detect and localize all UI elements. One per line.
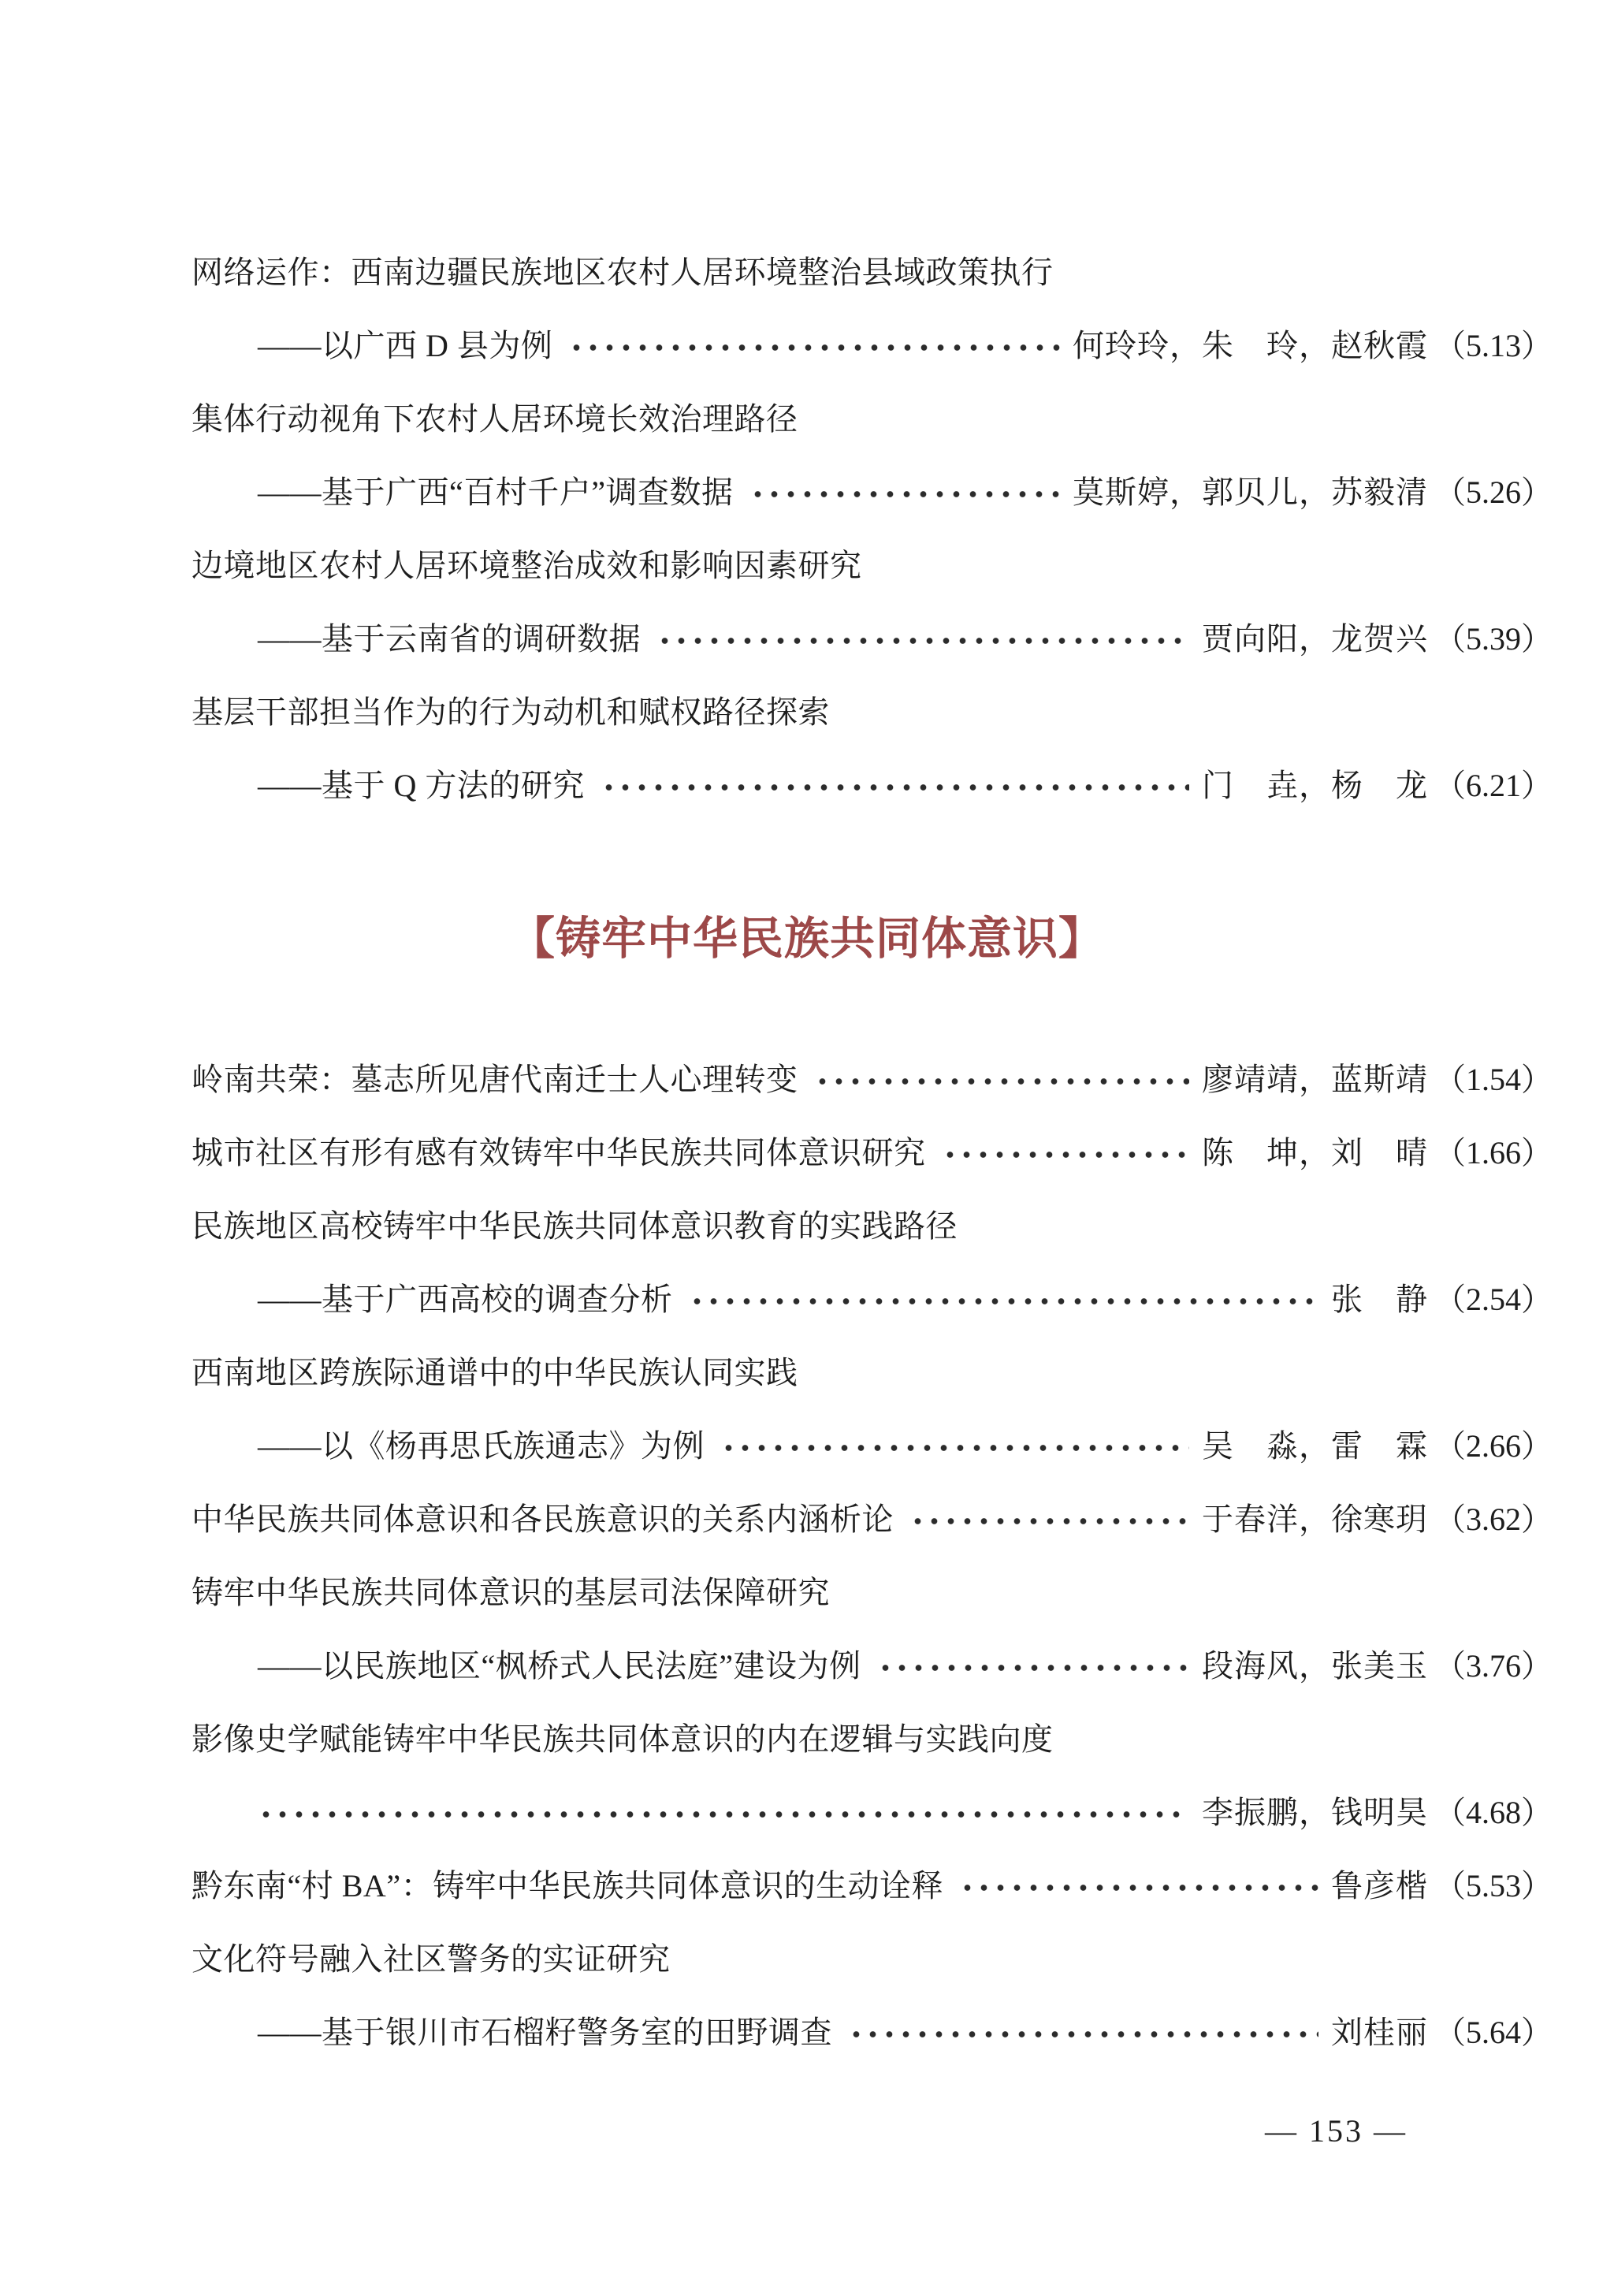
entry-page: （5.39）: [1434, 614, 1553, 659]
entry-page: （2.54）: [1434, 1275, 1553, 1319]
toc-line: ——基于 Q 方法的研究 门 垚，杨 龙 （6.21）: [192, 746, 1553, 820]
page-number: — 153 —: [1265, 2112, 1408, 2149]
entry-title: 网络运作：西南边疆民族地区农村人居环境整治县域政策执行: [192, 247, 1054, 292]
entry-title: 基层干部担当作为的行为动机和赋权路径探索: [192, 687, 830, 732]
toc-line: 铸牢中华民族共同体意识的基层司法保障研究: [192, 1554, 1553, 1627]
entry-title: 影像史学赋能铸牢中华民族共同体意识的内在逻辑与实践向度: [192, 1714, 1054, 1759]
dot-leader: [689, 1297, 1319, 1306]
toc-line: 岭南共荣：墓志所见唐代南迁士人心理转变 廖靖靖，蓝斯靖 （1.54）: [192, 1040, 1553, 1114]
entry-title: 城市社区有形有感有效铸牢中华民族共同体意识研究: [192, 1128, 926, 1173]
toc-line: 基层干部担当作为的行为动机和赋权路径探索: [192, 673, 1553, 746]
entry-authors: 陈 坤，刘 晴: [1202, 1128, 1428, 1173]
toc-line: 边境地区农村人居环境整治成效和影响因素研究: [192, 527, 1553, 600]
entry-authors: 段海风，张美玉: [1202, 1641, 1428, 1686]
section-heading: 【铸牢中华民族共同体意识】: [0, 898, 1614, 971]
entry-page: （2.66）: [1434, 1421, 1553, 1466]
journal-toc-page: 网络运作：西南边疆民族地区农村人居环境整治县域政策执行 ——以广西 D 县为例 …: [0, 0, 1614, 2296]
entry-authors: 张 静: [1331, 1275, 1428, 1319]
toc-line: 西南地区跨族际通谱中的中华民族认同实践: [192, 1334, 1553, 1407]
entry-page: （4.68）: [1434, 1788, 1553, 1833]
toc-line: 影像史学赋能铸牢中华民族共同体意识的内在逻辑与实践向度: [192, 1700, 1553, 1773]
dot-leader: [749, 489, 1060, 499]
toc-line: ——基于广西高校的调查分析 张 静 （2.54）: [192, 1260, 1553, 1334]
entry-page: （5.64）: [1434, 2008, 1553, 2052]
entry-title: 岭南共荣：墓志所见唐代南迁士人心理转变: [192, 1055, 798, 1100]
dot-leader: [258, 1810, 1189, 1819]
entry-authors: 廖靖靖，蓝斯靖: [1202, 1055, 1428, 1100]
entry-authors: 刘桂丽: [1331, 2008, 1428, 2052]
toc-line: 集体行动视角下农村人居环境长效治理路径: [192, 380, 1553, 453]
toc-line: ——基于云南省的调研数据 贾向阳，龙贺兴 （5.39）: [192, 600, 1553, 673]
entry-authors: 李振鹏，钱明昊: [1202, 1788, 1428, 1833]
entry-authors: 吴 淼，雷 霖: [1202, 1421, 1428, 1466]
entry-title: 中华民族共同体意识和各民族意识的关系内涵析论: [192, 1494, 894, 1539]
toc-line: 文化符号融入社区警务的实证研究: [192, 1920, 1553, 1993]
entry-title: 民族地区高校铸牢中华民族共同体意识教育的实践路径: [192, 1201, 958, 1246]
dot-leader: [601, 783, 1189, 792]
entry-page: （1.54）: [1434, 1055, 1553, 1100]
entry-subtitle: ——以广西 D 县为例: [258, 321, 552, 366]
entry-title: 边境地区农村人居环境整治成效和影响因素研究: [192, 541, 862, 586]
toc-line: 网络运作：西南边疆民族地区农村人居环境整治县域政策执行: [192, 233, 1553, 307]
toc-line: ——以广西 D 县为例 何玲玲，朱 玲，赵秋霞 （5.13）: [192, 307, 1553, 380]
entry-subtitle: ——以《杨再思氏族通志》为例: [258, 1421, 705, 1466]
entry-subtitle: ——基于 Q 方法的研究: [258, 761, 585, 806]
toc-line: ——基于银川市石榴籽警务室的田野调查 刘桂丽 （5.64）: [192, 1993, 1553, 2067]
dot-leader: [848, 2030, 1318, 2039]
entry-title: 西南地区跨族际通谱中的中华民族认同实践: [192, 1348, 798, 1393]
toc-line: 中华民族共同体意识和各民族意识的关系内涵析论 于春洋，徐寒玥 （3.62）: [192, 1480, 1553, 1554]
entry-page: （3.76）: [1434, 1641, 1553, 1686]
dot-leader: [942, 1150, 1190, 1159]
entry-subtitle: ——基于银川市石榴籽警务室的田野调查: [258, 2008, 832, 2052]
entry-page: （1.66）: [1434, 1128, 1553, 1173]
entry-subtitle: ——基于云南省的调研数据: [258, 614, 641, 659]
toc-content: 网络运作：西南边疆民族地区农村人居环境整治县域政策执行 ——以广西 D 县为例 …: [192, 233, 1553, 2067]
entry-authors: 门 垚，杨 龙: [1202, 761, 1428, 806]
dot-leader: [959, 1883, 1318, 1892]
entry-page: （5.13）: [1434, 321, 1553, 366]
entry-title: 黔东南“村 BA”：铸牢中华民族共同体意识的生动诠释: [192, 1861, 943, 1906]
toc-line: ——以民族地区“枫桥式人民法庭”建设为例 段海风，张美玉 （3.76）: [192, 1627, 1553, 1700]
entry-page: （3.62）: [1434, 1494, 1553, 1539]
toc-line: 民族地区高校铸牢中华民族共同体意识教育的实践路径: [192, 1187, 1553, 1260]
dot-leader: [909, 1516, 1189, 1526]
entry-authors: 莫斯婷，郭贝儿，苏毅清: [1073, 467, 1428, 512]
entry-page: （5.26）: [1434, 467, 1553, 512]
entry-subtitle: ——基于广西高校的调查分析: [258, 1275, 673, 1319]
entry-authors: 于春洋，徐寒玥: [1202, 1494, 1428, 1539]
entry-authors: 鲁彦楷: [1331, 1861, 1428, 1906]
dot-leader: [877, 1663, 1189, 1673]
toc-line: ——基于广西“百村千户”调查数据 莫斯婷，郭贝儿，苏毅清 （5.26）: [192, 453, 1553, 527]
entry-page: （5.53）: [1434, 1861, 1553, 1906]
dot-leader: [656, 636, 1189, 646]
toc-line: 城市社区有形有感有效铸牢中华民族共同体意识研究 陈 坤，刘 晴 （1.66）: [192, 1114, 1553, 1187]
entry-title: 集体行动视角下农村人居环境长效治理路径: [192, 394, 798, 439]
toc-line: 黔东南“村 BA”：铸牢中华民族共同体意识的生动诠释 鲁彦楷 （5.53）: [192, 1847, 1553, 1920]
toc-line: ——以《杨再思氏族通志》为例 吴 淼，雷 霖 （2.66）: [192, 1407, 1553, 1480]
entry-title: 铸牢中华民族共同体意识的基层司法保障研究: [192, 1568, 830, 1613]
toc-line: 李振鹏，钱明昊 （4.68）: [192, 1773, 1553, 1847]
entry-subtitle: ——基于广西“百村千户”调查数据: [258, 467, 734, 512]
entry-title: 文化符号融入社区警务的实证研究: [192, 1934, 671, 1979]
entry-page: （6.21）: [1434, 761, 1553, 806]
entry-subtitle: ——以民族地区“枫桥式人民法庭”建设为例: [258, 1641, 861, 1686]
section-heading-text: 【铸牢中华民族共同体意识】: [510, 902, 1104, 967]
dot-leader: [568, 343, 1060, 352]
dot-leader: [720, 1443, 1189, 1453]
entry-authors: 贾向阳，龙贺兴: [1202, 614, 1428, 659]
entry-authors: 何玲玲，朱 玲，赵秋霞: [1073, 321, 1428, 366]
dot-leader: [814, 1077, 1190, 1086]
